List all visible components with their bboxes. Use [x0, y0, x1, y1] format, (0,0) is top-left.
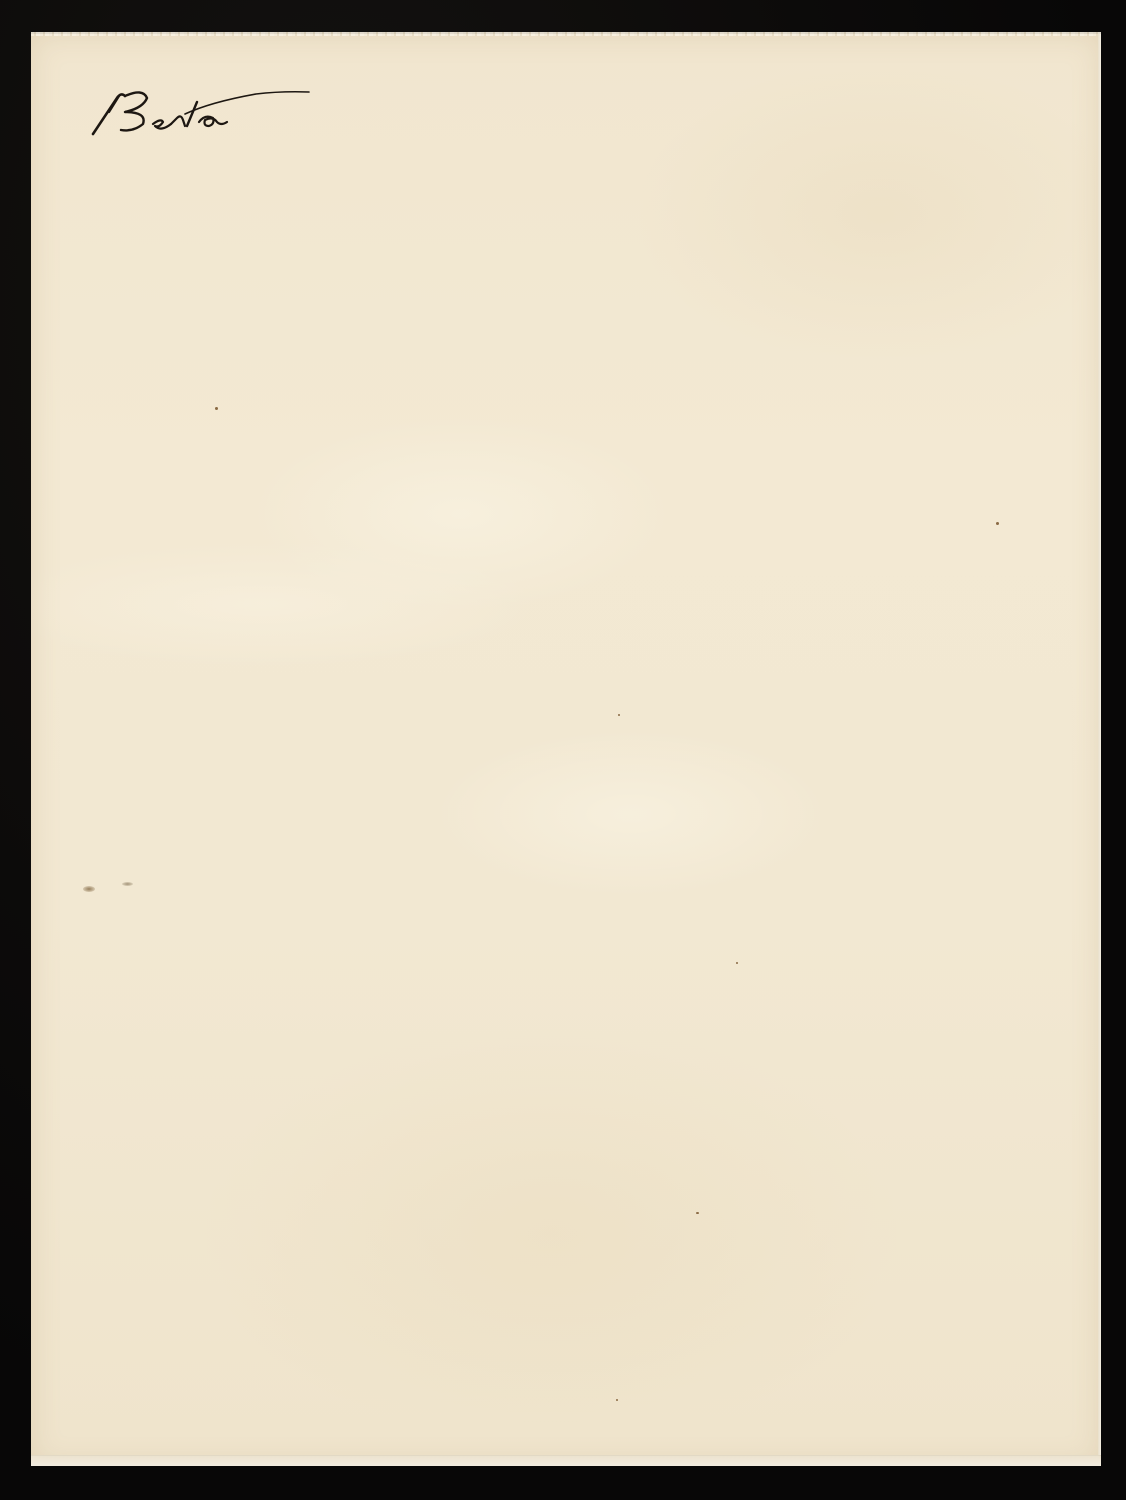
handwritten-annotation: Berta	[81, 74, 321, 144]
paper-sheet: Berta	[31, 34, 1101, 1466]
pin-hole-mark	[122, 882, 133, 886]
paper-speck	[616, 1399, 618, 1401]
paper-speck	[736, 962, 738, 964]
paper-speck	[996, 522, 999, 525]
paper-bottom-edge	[31, 1455, 1101, 1466]
paper-speck	[696, 1212, 699, 1214]
paper-speck	[215, 407, 218, 410]
paper-right-edge	[1098, 34, 1101, 1466]
pin-hole-mark	[83, 886, 95, 892]
paper-speck	[618, 714, 620, 716]
